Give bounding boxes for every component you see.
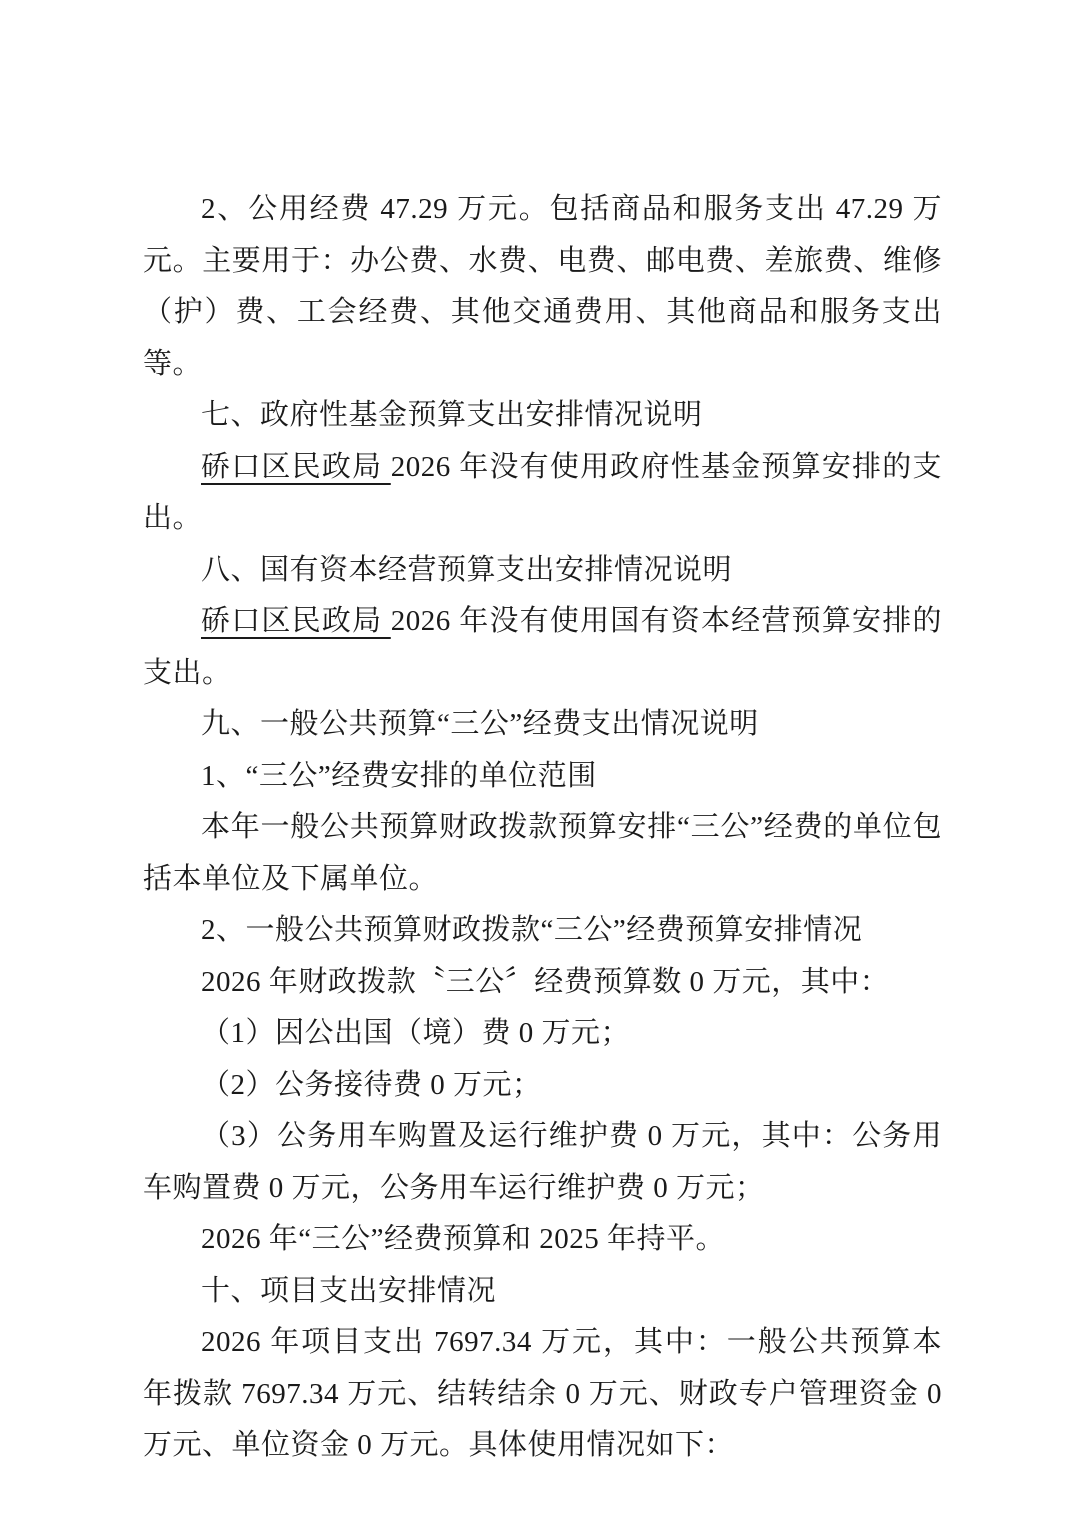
- para-year-comparison: 2026 年“三公”经费预算和 2025 年持平。: [143, 1214, 942, 1266]
- text-segment: 七、政府性基金预算支出安排情况说明: [201, 399, 703, 431]
- text-segment: 八、国有资本经营预算支出安排情况说明: [201, 554, 732, 586]
- para-heading-section-seven: 七、政府性基金预算支出安排情况说明: [143, 390, 942, 442]
- para-item-2-heading: 2、一般公共预算财政拨款“三公”经费预算安排情况: [143, 905, 942, 957]
- underlined-agency-name: 硚口区民政局: [201, 605, 391, 637]
- text-segment: （3）公务用车购置及运行维护费 0 万元，其中：公务用车购置费 0 万元，公务用…: [143, 1120, 942, 1204]
- text-segment: 2、公用经费 47.29 万元。包括商品和服务支出 47.29 万元。主要用于：…: [143, 193, 942, 380]
- para-project-expense: 2026 年项目支出 7697.34 万元，其中：一般公共预算本年拨款 7697…: [143, 1317, 942, 1472]
- text-segment: 十、项目支出安排情况: [201, 1275, 496, 1307]
- para-heading-section-nine: 九、一般公共预算“三公”经费支出情况说明: [143, 699, 942, 751]
- para-item-1-body: 本年一般公共预算财政拨款预算安排“三公”经费的单位包括本单位及下属单位。: [143, 802, 942, 905]
- text-segment: 2026 年财政拨款〝三公〞经费预算数 0 万元，其中：: [201, 966, 889, 998]
- para-item-1-heading: 1、“三公”经费安排的单位范围: [143, 751, 942, 803]
- text-segment: （2）公务接待费 0 万元；: [201, 1069, 542, 1101]
- text-segment: 本年一般公共预算财政拨款预算安排“三公”经费的单位包括本单位及下属单位。: [143, 811, 942, 895]
- underlined-agency-name: 硚口区民政局: [201, 451, 391, 483]
- text-segment: （1）因公出国（境）费 0 万元；: [201, 1017, 630, 1049]
- text-segment: 2026 年项目支出 7697.34 万元，其中：一般公共预算本年拨款 7697…: [143, 1326, 942, 1461]
- text-segment: 九、一般公共预算“三公”经费支出情况说明: [201, 708, 759, 740]
- document-page: 2、公用经费 47.29 万元。包括商品和服务支出 47.29 万元。主要用于：…: [0, 0, 1074, 1520]
- para-heading-section-ten: 十、项目支出安排情况: [143, 1266, 942, 1318]
- para-budget-total: 2026 年财政拨款〝三公〞经费预算数 0 万元，其中：: [143, 957, 942, 1009]
- para-reception-expense: （2）公务接待费 0 万元；: [143, 1060, 942, 1112]
- para-section-eight-body: 硚口区民政局 2026 年没有使用国有资本经营预算安排的支出。: [143, 596, 942, 699]
- para-vehicle-expense: （3）公务用车购置及运行维护费 0 万元，其中：公务用车购置费 0 万元，公务用…: [143, 1111, 942, 1214]
- para-section-seven-body: 硚口区民政局 2026 年没有使用政府性基金预算安排的支出。: [143, 442, 942, 545]
- text-segment: 2026 年“三公”经费预算和 2025 年持平。: [201, 1223, 725, 1255]
- text-segment: 1、“三公”经费安排的单位范围: [201, 760, 597, 792]
- para-abroad-expense: （1）因公出国（境）费 0 万元；: [143, 1008, 942, 1060]
- text-segment: 2、一般公共预算财政拨款“三公”经费预算安排情况: [201, 914, 862, 946]
- para-public-expense: 2、公用经费 47.29 万元。包括商品和服务支出 47.29 万元。主要用于：…: [143, 184, 942, 390]
- document-content: 2、公用经费 47.29 万元。包括商品和服务支出 47.29 万元。主要用于：…: [143, 184, 942, 1472]
- para-heading-section-eight: 八、国有资本经营预算支出安排情况说明: [143, 545, 942, 597]
